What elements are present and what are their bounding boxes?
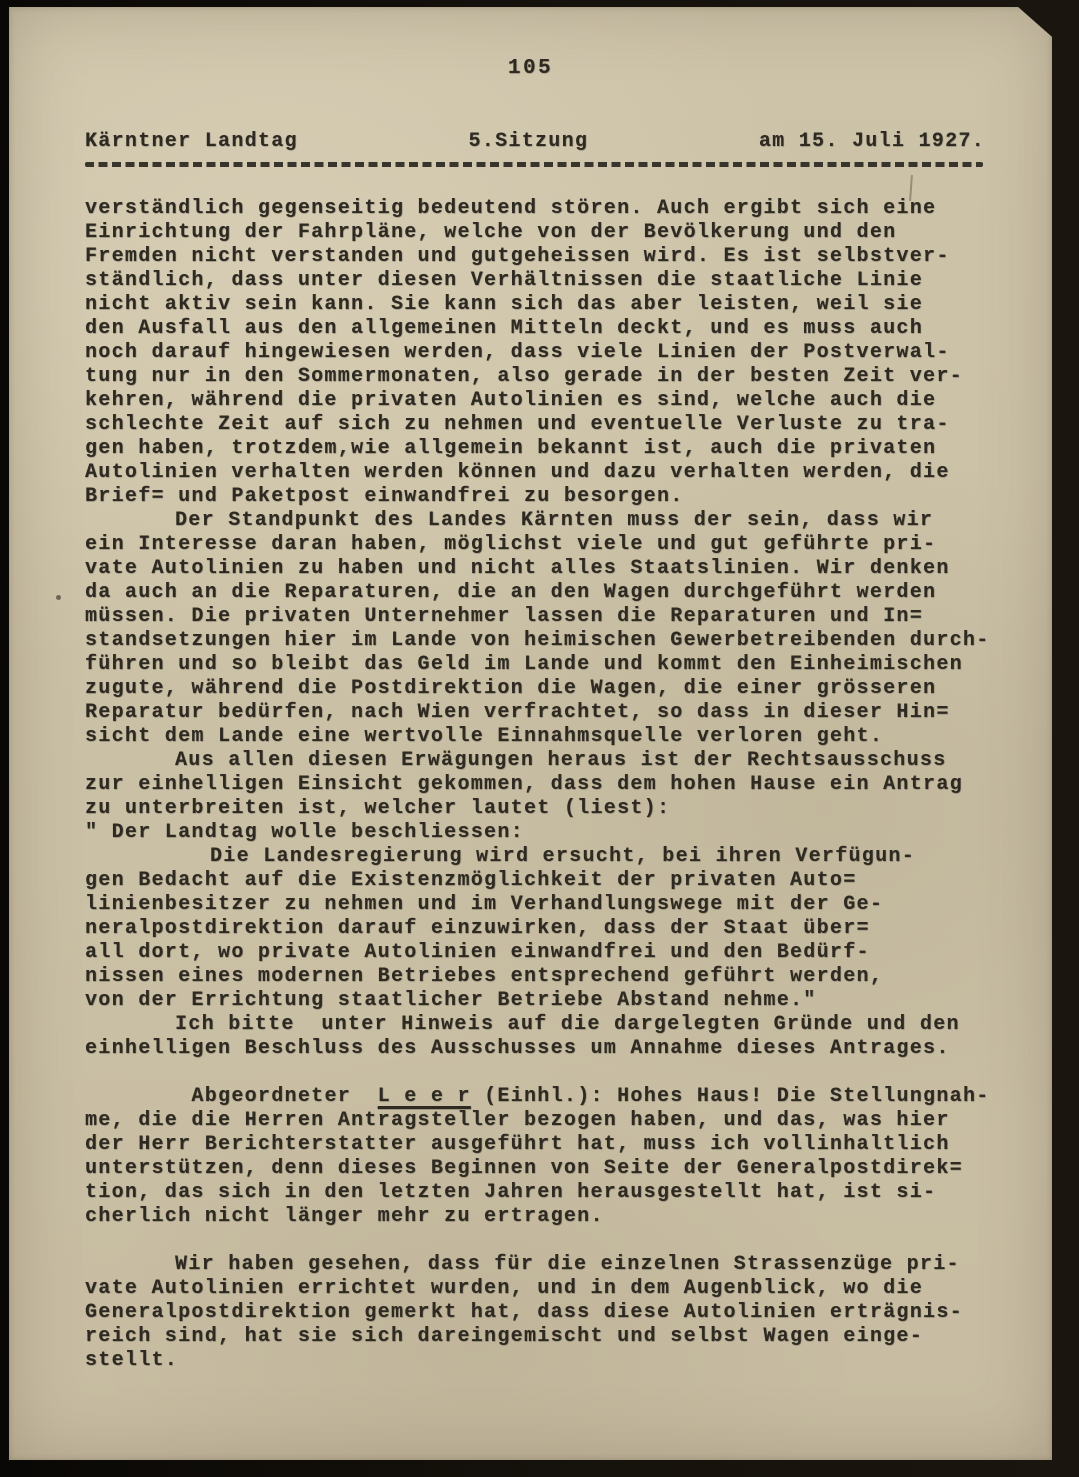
paragraph-erwaegungen: Aus allen diesen Erwägungen heraus ist d… <box>85 749 1025 821</box>
motion-heading: " Der Landtag wolle beschliessen: <box>85 821 1025 845</box>
paper-sheet: 105 Kärntner Landtag 5.Sitzung am 15. Ju… <box>9 7 1052 1460</box>
margin-mark <box>56 595 61 600</box>
closing-request: Ich bitte unter Hinweis auf die dargeleg… <box>85 1013 1025 1061</box>
header-session: 5.Sitzung <box>468 130 588 153</box>
header-separator-line <box>85 162 983 167</box>
header-institution: Kärntner Landtag <box>85 130 298 153</box>
speaker-name: L e e r <box>378 1085 471 1108</box>
speaker-paragraph: Abgeordneter L e e r (Einhl.): Hohes Hau… <box>85 1061 1025 1253</box>
document-body: verständlich gegenseitig bedeutend störe… <box>85 197 1025 1373</box>
paragraph-continuation: verständlich gegenseitig bedeutend störe… <box>85 197 1025 509</box>
scanned-page: 105 Kärntner Landtag 5.Sitzung am 15. Ju… <box>0 0 1079 1477</box>
motion-text: Die Landesregierung wird ersucht, bei ih… <box>85 845 930 1013</box>
header-date: am 15. Juli 1927. <box>759 130 985 153</box>
speaker-intro: Abgeordneter <box>191 1085 377 1108</box>
page-number: 105 <box>9 57 1052 80</box>
paragraph-final: Wir haben gesehen, dass für die einzelne… <box>85 1253 1025 1373</box>
session-header: Kärntner Landtag 5.Sitzung am 15. Juli 1… <box>85 130 985 153</box>
paragraph-standpunkt: Der Standpunkt des Landes Kärnten muss d… <box>85 509 1025 749</box>
